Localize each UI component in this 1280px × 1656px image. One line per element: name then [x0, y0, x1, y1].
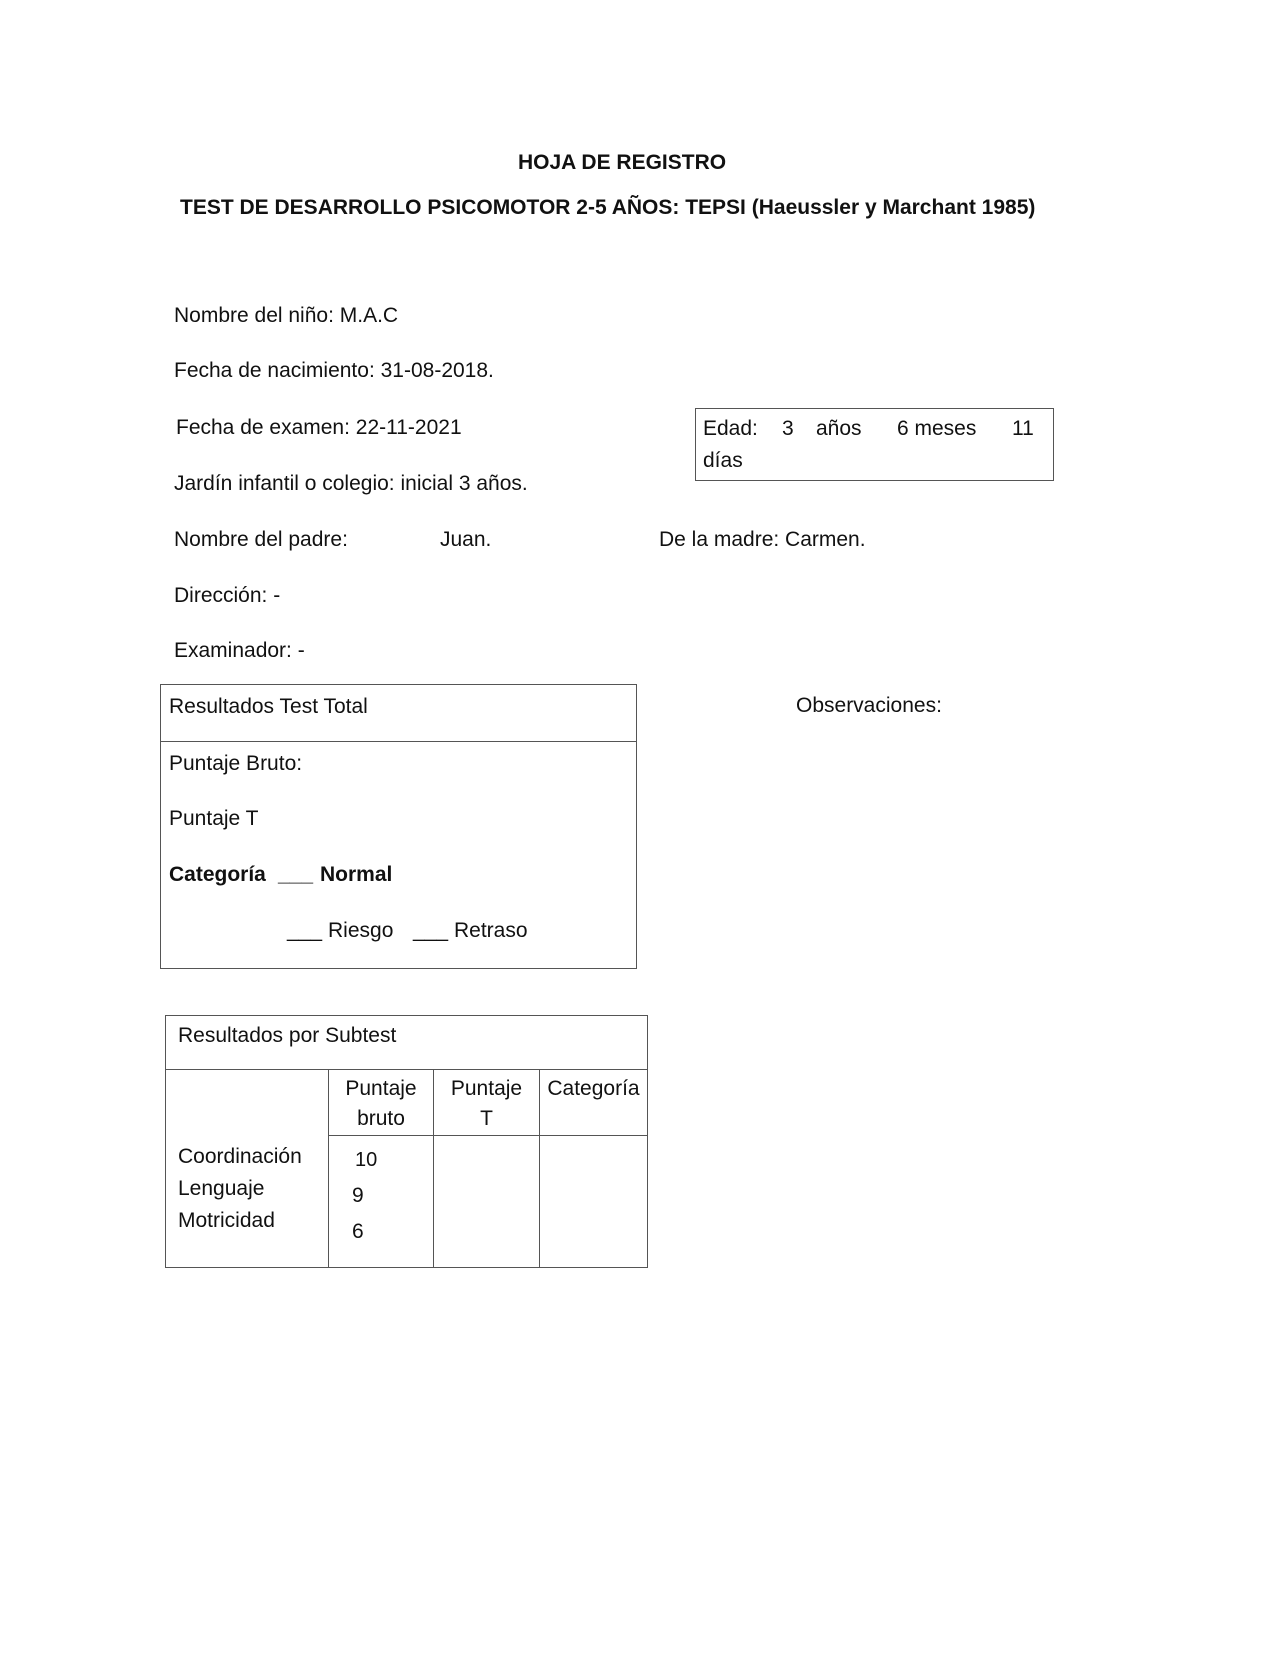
age-years-value: 3 [782, 417, 794, 441]
category-label: Categoría [169, 863, 266, 887]
document-subtitle: TEST DE DESARROLLO PSICOMOTOR 2-5 AÑOS: … [180, 196, 1035, 220]
category-values-cell [540, 1136, 648, 1268]
raw-score-values-cell: 10 9 6 [329, 1136, 434, 1268]
exam-date: Fecha de examen: 22-11-2021 [176, 416, 462, 440]
subtest-title-cell: Resultados por Subtest [166, 1016, 648, 1070]
t-score-label: Puntaje T [169, 807, 259, 831]
father-label: Nombre del padre: [174, 528, 348, 552]
subtest-name: Motricidad [178, 1205, 316, 1237]
header-raw-score: Puntaje bruto [329, 1070, 434, 1136]
total-results-box: Resultados Test Total Puntaje Bruto: Pun… [160, 684, 637, 969]
father-name: Juan. [440, 528, 491, 552]
school: Jardín infantil o colegio: inicial 3 año… [174, 472, 528, 496]
subtest-name: Lenguaje [178, 1173, 316, 1205]
raw-score-label: Puntaje Bruto: [169, 752, 302, 776]
age-days-value: 11 [1012, 417, 1034, 441]
header-t-score: Puntaje T [434, 1070, 540, 1136]
raw-score-value: 10 [355, 1142, 433, 1178]
subtest-title: Resultados por Subtest [166, 1016, 647, 1056]
document-title: HOJA DE REGISTRO [518, 151, 718, 175]
age-days-label: días [703, 449, 743, 473]
header-category: Categoría [540, 1070, 648, 1136]
raw-score-value: 6 [352, 1214, 433, 1250]
subtest-names-cell: Coordinación Lenguaje Motricidad [166, 1070, 329, 1268]
age-label: Edad: [703, 417, 758, 441]
address: Dirección: - [174, 584, 280, 608]
category-normal: Normal [320, 863, 392, 887]
total-results-title: Resultados Test Total [169, 695, 368, 719]
age-years-label: años [816, 417, 862, 441]
subtest-name: Coordinación [178, 1141, 316, 1173]
retraso-blank: ___ [413, 919, 448, 943]
mother-name: De la madre: Carmen. [659, 528, 866, 552]
divider [161, 741, 636, 742]
raw-score-value: 9 [352, 1178, 433, 1214]
riesgo-blank: ___ [287, 919, 322, 943]
age-months: 6 meses [897, 417, 976, 441]
age-box: Edad: 3 años 6 meses 11 días [695, 408, 1054, 481]
category-retraso: Retraso [454, 919, 528, 943]
subtest-results-table: Resultados por Subtest Coordinación Leng… [165, 1015, 648, 1268]
birth-date: Fecha de nacimiento: 31-08-2018. [174, 359, 494, 383]
t-score-values-cell [434, 1136, 540, 1268]
normal-blank: ___ [278, 863, 313, 887]
examiner: Examinador: - [174, 639, 305, 663]
category-riesgo: Riesgo [328, 919, 393, 943]
child-name: Nombre del niño: M.A.C [174, 304, 398, 328]
observations-label: Observaciones: [796, 694, 942, 718]
